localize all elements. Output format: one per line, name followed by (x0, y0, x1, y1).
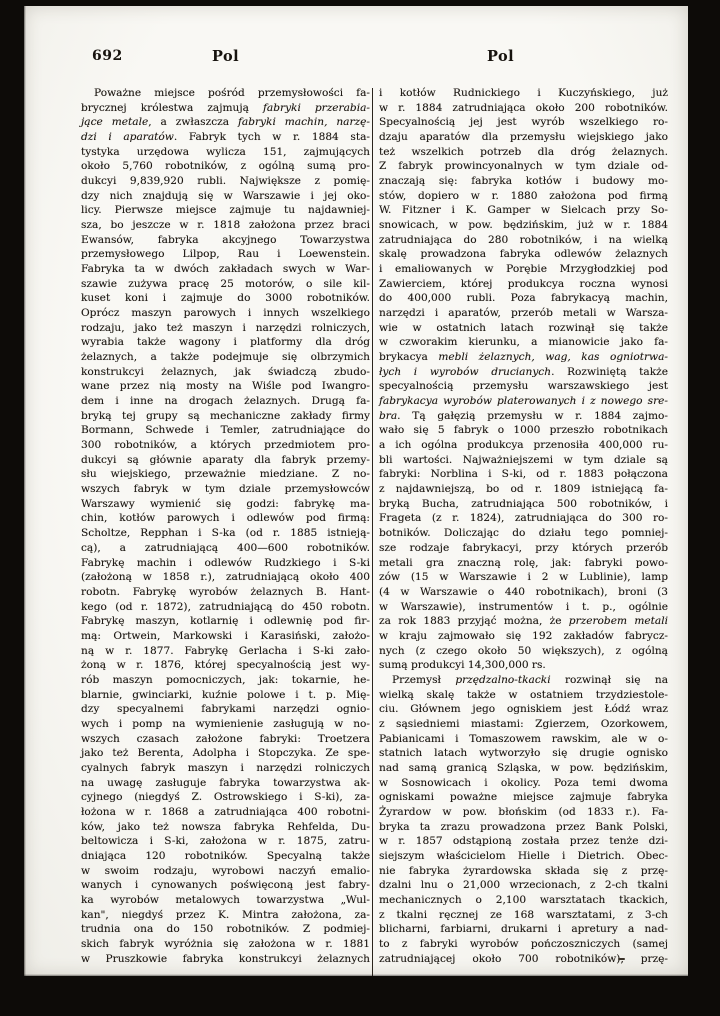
text-line: rób maszyn pomocniczych, jak: tokarnie, … (81, 673, 370, 688)
text-line: Przemysł przędzalno-tkacki rozwinął się … (379, 673, 668, 688)
text-line: Bormann, Schwede i Temler, zatrudniające… (81, 423, 370, 438)
text-line: też wszelkich potrzeb dla dróg żelaznych… (379, 145, 668, 160)
text-line: blicharni, farbiarni, drukarni i apretur… (379, 922, 668, 937)
running-head-right: Pol (487, 48, 514, 65)
text-line: Poważne miejsce pośród przemysłowości fa… (81, 86, 370, 101)
text-line: W. Fitzner i K. Gamper w Sielcach przy S… (379, 203, 668, 218)
text-line: cyalnych fabryk maszyn i narzędzi rolnic… (81, 761, 370, 776)
text-line: Frageta (z r. 1824), zatrudniająca do 30… (379, 511, 668, 526)
text-line: wało się 5 fabryk o 1000 przeszło robotn… (379, 423, 668, 438)
text-line: Fabrykę maszyn, kotlarnię i odlewnię pod… (81, 614, 370, 629)
text-line: do 400,000 rubli. Poza fabrykacyą machin… (379, 291, 668, 306)
text-line: skich fabryk wyróżnia się założona w r. … (81, 937, 370, 952)
scan-edge-left (20, 0, 26, 1016)
text-line: w kraju zajmowało się 192 zakładów fabry… (379, 629, 668, 644)
text-line: (4 w Warszawie o 440 robotnikach), broni… (379, 585, 668, 600)
text-line: Oprócz maszyn parowych i innych wszelkie… (81, 306, 370, 321)
text-line: w Sosnowicach i okolicy. Poza temi dwoma (379, 776, 668, 791)
text-line: sza, bo jeszcze w r. 1818 założona przez… (81, 218, 370, 233)
text-line: fabrykacya wyrobów platerowanych i z now… (379, 394, 668, 409)
text-line: zów (15 w Warszawie i 2 w Lublinie), lam… (379, 570, 668, 585)
text-line: szawie zużywa pracę 25 motorów, o sile k… (81, 277, 370, 292)
text-line: tystyka urzędowa wylicza 151, zajmującyc… (81, 145, 370, 160)
text-line: statnich latach wytworzyło się drugie og… (379, 746, 668, 761)
text-line: w czworakim kierunku, a mianowicie jako … (379, 335, 668, 350)
text-line: ną w r. 1877. Fabrykę Gerlacha i S-ki za… (81, 644, 370, 659)
text-line: dzaju aparatów dla przemysłu wiejskiego … (379, 130, 668, 145)
text-line: a ich ogólna produkcya przenosiła 400,00… (379, 438, 668, 453)
text-line: przemysłowego Lilpop, Rau i Loewenstein. (81, 247, 370, 262)
text-line: i kotłów Rudnickiego i Kuczyńskiego, już (379, 86, 668, 101)
text-line: ciu. Głównem jego ogniskiem jest Łódź wr… (379, 702, 668, 717)
text-line: cą), a zatrudniającą 400—600 robotników. (81, 541, 370, 556)
text-line: trudnia ona do 150 robotników. Z podmiej… (81, 922, 370, 937)
text-line: w Pruszkowie fabryka konstrukcyi żelazny… (81, 952, 370, 967)
text-line: kan", niegdyś przez K. Mintra założona, … (81, 908, 370, 923)
text-line: z sąsiedniemi miastami: Zgierzem, Ozorko… (379, 717, 668, 732)
column-divider-rule (372, 88, 373, 976)
text-line: Pabianicami i Tomaszowem rawskim, ale w … (379, 732, 668, 747)
page-number: 692 (92, 48, 123, 64)
scan-artifact-mark (618, 958, 625, 960)
text-line: na uwagę zasługuje fabryka towarzystwa a… (81, 776, 370, 791)
text-line: Żyrardow w pow. błońskim (od 1833 r.). F… (379, 805, 668, 820)
text-line: kego (od r. 1872), zatrudniającą do 450 … (81, 600, 370, 615)
text-line: kuset koni i zajmuje do 3000 robotników. (81, 291, 370, 306)
text-line: siejszym właścicielom Hielle i Dietrich.… (379, 849, 668, 864)
text-line: Zawierciem, której produkcya roczna wyno… (379, 277, 668, 292)
text-line: żoną w r. 1876, której specyalnością jes… (81, 658, 370, 673)
scanned-book-page: { "header": { "page_number": "692", "lef… (0, 0, 720, 1016)
text-line: konstrukcyi żelaznych, jak świadczą zbud… (81, 365, 370, 380)
text-line: licy. Pierwsze miejsce zajmuje tu najdaw… (81, 203, 370, 218)
text-line: wszych fabryk w tym dziale przemysłowców (81, 482, 370, 497)
text-line: 300 robotników, a których przedmiotem pr… (81, 438, 370, 453)
text-line: nie fabryka żyrardowska składa się z prz… (379, 864, 668, 879)
page-header: 692 Pol Pol (24, 48, 688, 68)
text-line: dzy specyalnemi fabrykami narzędzi ognio… (81, 702, 370, 717)
text-line: dzy nich znajdują się w Warszawie i jej … (81, 189, 370, 204)
text-line: beltowicza i S-ki, założona w r. 1875, z… (81, 834, 370, 849)
text-line: chin, kotłów parowych i odlewów pod firm… (81, 511, 370, 526)
text-line: wych i pomp na wymienienie zasługują w n… (81, 717, 370, 732)
text-line: wie w ostatnich latach rozwinął się takż… (379, 321, 668, 336)
text-line: mechanicznych o 2,100 warsztatach tkacki… (379, 893, 668, 908)
text-line: bli wartości. Najważniejszemi w tym dzia… (379, 453, 668, 468)
text-line: rodzaju, jako też maszyn i narzędzi roln… (81, 321, 370, 336)
text-line: bryka ta zrazu prowadzona przez Bank Pol… (379, 820, 668, 835)
text-line: znaczają się: fabryka kotłów i budowy mo… (379, 174, 668, 189)
scan-edge-bottom (0, 974, 720, 980)
book-page: 692 Pol Pol Poważne miejsce pośród przem… (24, 6, 688, 976)
text-line: dniająca 120 robotników. Specyalną także (81, 849, 370, 864)
text-column-left: Poważne miejsce pośród przemysłowości fa… (81, 86, 370, 966)
text-line: sumą produkcyi 14,300,000 rs. (379, 658, 668, 673)
running-head-left: Pol (212, 48, 239, 65)
text-line: wielką skalę także w ostatniem trzydzies… (379, 688, 668, 703)
text-line: w Warszawie), instrumentów i t. p., ogól… (379, 600, 668, 615)
text-line: to z fabryki wyrobów pończoszniczych (sa… (379, 937, 668, 952)
text-line: wanych i cynowanych poświęconą jest fabr… (81, 878, 370, 893)
text-line: Fabrykę machin i odlewów Rudzkiego i S-k… (81, 556, 370, 571)
text-line: sze rodzaje fabrykacyi, przy których prz… (379, 541, 668, 556)
text-line: słu wiejskiego, przeważnie miedziane. Z … (81, 467, 370, 482)
text-line: z tkalni ręcznej ze 168 warsztatami, z 3… (379, 908, 668, 923)
text-line: narzędzi i aparatów, przerób metali w Wa… (379, 306, 668, 321)
text-line: łożona w r. 1868 a zatrudniająca 400 rob… (81, 805, 370, 820)
text-line: ków, jako też nowsza fabryka Rehfelda, D… (81, 820, 370, 835)
text-line: Fabryka ta w dwóch zakładach swych w War… (81, 262, 370, 277)
text-line: Z fabryk prowincyonalnych w tym dziale o… (379, 159, 668, 174)
text-line: brycznej królestwa zajmują fabryki przer… (81, 101, 370, 116)
text-line: nych (z czego około 50 większych), z ogó… (379, 644, 668, 659)
text-line: Ewansów, fabryka akcyjnego Towarzystwa (81, 233, 370, 248)
text-line: dukcyi 9,839,920 rubli. Największe z pom… (81, 174, 370, 189)
text-line: metali gra znaczną rolę, jak: fabryki po… (379, 556, 668, 571)
text-line: za rok 1883 przyjąć można, że przerobem … (379, 614, 668, 629)
text-line: z najdawniejszą, bo od r. 1809 istniejąc… (379, 482, 668, 497)
text-line: nad samą granicą Szląska, w pow. będzińs… (379, 761, 668, 776)
text-line: skalę prowadzona fabryka odlewów żelazny… (379, 247, 668, 262)
text-line: cyjnego (niegdyś Z. Ostrowskiego i S-ki)… (81, 790, 370, 805)
text-line: i emaliowanych w Porębie Mrzygłodzkiej p… (379, 262, 668, 277)
text-line: wszych czasach założone fabryki: Troetze… (81, 732, 370, 747)
text-line: w swoim rodzaju, wyrobowi naczyń emalio- (81, 864, 370, 879)
text-line: ogniskami poważne miejsce zajmuje fabryk… (379, 790, 668, 805)
text-line: (założoną w 1858 r.), zatrudniającą okoł… (81, 570, 370, 585)
text-line: łych i wyrobów drucianych. Rozwiniętą ta… (379, 365, 668, 380)
text-line: brykacya mebli żelaznych, wag, kas ognio… (379, 350, 668, 365)
text-line: bryką tej grupy są mechaniczne zakłady f… (81, 409, 370, 424)
text-column-right: i kotłów Rudnickiego i Kuczyńskiego, już… (379, 86, 668, 966)
text-line: wane przez nią mosty na Wiśle pod Iwangr… (81, 379, 370, 394)
text-line: snowicach, w pow. będzińskim, już w r. 1… (379, 218, 668, 233)
text-line: jako też Berenta, Adolpha i Stopczyka. Z… (81, 746, 370, 761)
text-line: dzi i aparatów. Fabryk tych w r. 1884 st… (81, 130, 370, 145)
text-line: około 5,760 robotników, z ogólną sumą pr… (81, 159, 370, 174)
text-line: mą: Ortwein, Markowski i Karasiński, zał… (81, 629, 370, 644)
text-line: jące metale, a zwłaszcza fabryki machin,… (81, 115, 370, 130)
text-line: żelaznych, a także podejmuje się olbrzym… (81, 350, 370, 365)
text-line: stów, dopiero w r. 1880 założona pod fir… (379, 189, 668, 204)
text-line: wyrabia także wagony i platformy dla dró… (81, 335, 370, 350)
text-line: dzalni lnu o 21,000 wrzecionach, z 2-ch … (379, 878, 668, 893)
text-line: bryką Bucha, zatrudniająca 500 robotnikó… (379, 497, 668, 512)
text-line: dem i inne na drogach żelaznych. Drugą f… (81, 394, 370, 409)
text-line: w r. 1857 odstąpioną została przez tenże… (379, 834, 668, 849)
text-line: ka wyrobów metalowych towarzystwa „Wul- (81, 893, 370, 908)
text-line: blarnie, gwinciarki, kuźnie polowe i t. … (81, 688, 370, 703)
text-line: zatrudniająca do 280 robotników, i na wi… (379, 233, 668, 248)
text-line: specyalnością przemysłu warszawskiego je… (379, 379, 668, 394)
text-line: Specyalnością jej jest wyrób wszelkiego … (379, 115, 668, 130)
text-line: Scholtze, Repphan i S-ka (od r. 1885 ist… (81, 526, 370, 541)
text-line: dukcyi są głównie aparaty dla fabryk prz… (81, 453, 370, 468)
text-line: bra. Tą gałęzią przemysłu w r. 1884 zajm… (379, 409, 668, 424)
text-line: fabryki: Norblina i S-ki, od r. 1883 poł… (379, 467, 668, 482)
text-line: w r. 1884 zatrudniająca około 200 robotn… (379, 101, 668, 116)
text-line: Warszawy wymienić się godzi: fabrykę ma- (81, 497, 370, 512)
text-line: robotn. Fabrykę wyrobów żelaznych B. Han… (81, 585, 370, 600)
text-line: botników. Doliczając do działu tego pomn… (379, 526, 668, 541)
